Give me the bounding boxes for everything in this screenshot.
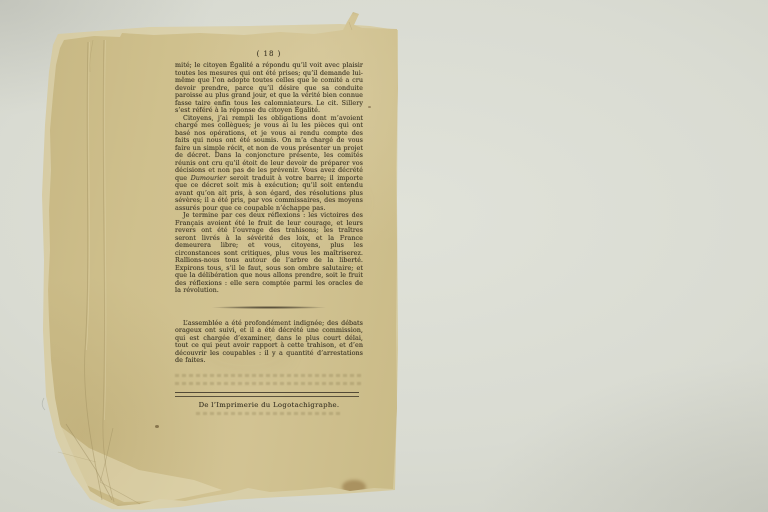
double-rule-divider <box>175 392 359 397</box>
paragraph: L’assemblée a été profondément indignée;… <box>175 320 363 365</box>
photo-backdrop: ( 18 ) mité; le citoyen Égalité a répond… <box>0 0 768 512</box>
ink-speck <box>368 106 371 108</box>
bleed-through-marks <box>196 412 343 415</box>
paragraph: mité; le citoyen Égalité a répondu qu’il… <box>175 62 363 115</box>
swelled-rule-divider <box>210 306 328 309</box>
paragraph: Je termine par ces deux réflexions : les… <box>175 212 363 295</box>
second-section: L’assemblée a été profondément indignée;… <box>175 320 363 365</box>
paragraph: Citoyens, j’ai rempli les obligations do… <box>175 115 363 213</box>
ink-speck <box>155 425 159 428</box>
pamphlet-page: ( 18 ) mité; le citoyen Égalité a répond… <box>44 8 404 510</box>
text-column: ( 18 ) mité; le citoyen Égalité a répond… <box>175 50 363 415</box>
body-paragraphs: mité; le citoyen Égalité a répondu qu’il… <box>175 62 363 295</box>
page-number: ( 18 ) <box>175 50 363 59</box>
imprint-line: De l’Imprimerie du Logotachigraphe. <box>175 401 363 409</box>
bleed-through-marks <box>175 382 363 385</box>
bleed-through-marks <box>175 374 363 377</box>
